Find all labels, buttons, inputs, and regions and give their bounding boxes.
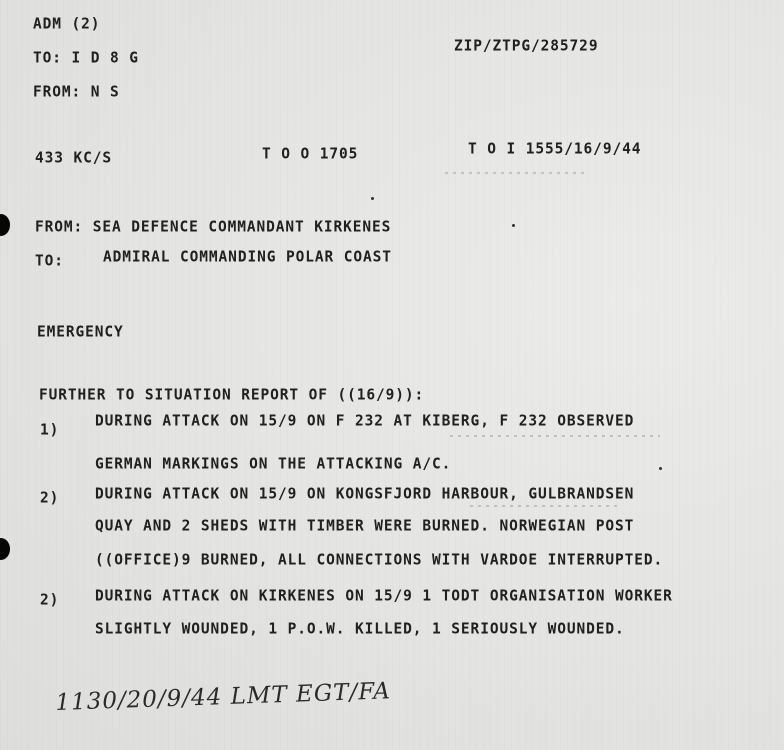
faint-offset-print [470,505,620,507]
punch-hole [0,538,10,560]
item-number: 2) [40,490,59,507]
handwritten-annotation: 1130/20/9/44 LMT EGT/FA [55,678,391,716]
message-from: FROM: SEA DEFENCE COMMANDANT KIRKENES [35,219,391,236]
header-to: TO: I D 8 G [33,50,139,67]
faint-offset-print [445,172,585,174]
priority: EMERGENCY [37,324,124,341]
message-to: ADMIRAL COMMANDING POLAR COAST [103,249,392,266]
item-line: GERMAN MARKINGS ON THE ATTACKING A/C. [95,456,451,473]
item-number: 2) [40,592,59,609]
ink-speck [512,224,515,227]
time-of-origin: T O O 1705 [262,146,358,163]
item-line: SLIGHTLY WOUNDED, 1 P.O.W. KILLED, 1 SER… [95,621,625,638]
ink-speck [371,197,374,200]
item-line: ((OFFICE)9 BURNED, ALL CONNECTIONS WITH … [95,552,663,569]
header-from: FROM: N S [33,84,120,101]
item-line: DURING ATTACK ON 15/9 ON KONGSFJORD HARB… [95,486,634,503]
message-intro: FURTHER TO SITUATION REPORT OF ((16/9)): [39,387,424,404]
copy-designation: ADM (2) [33,16,100,33]
document-reference: ZIP/ZTPG/285729 [454,38,598,55]
item-line: QUAY AND 2 SHEDS WITH TIMBER WERE BURNED… [95,518,634,535]
item-line: DURING ATTACK ON KIRKENES ON 15/9 1 TODT… [95,588,673,605]
ink-speck [659,467,662,470]
item-line: DURING ATTACK ON 15/9 ON F 232 AT KIBERG… [95,413,634,430]
teleprinter-document: ADM (2) TO: I D 8 G FROM: N S ZIP/ZTPG/2… [0,0,784,750]
message-to-label: TO: [35,253,64,270]
frequency: 433 KC/S [35,150,112,167]
punch-hole [0,214,10,236]
item-number: 1) [40,422,59,439]
faint-offset-print [450,435,660,437]
time-of-intercept: T O I 1555/16/9/44 [468,141,641,158]
